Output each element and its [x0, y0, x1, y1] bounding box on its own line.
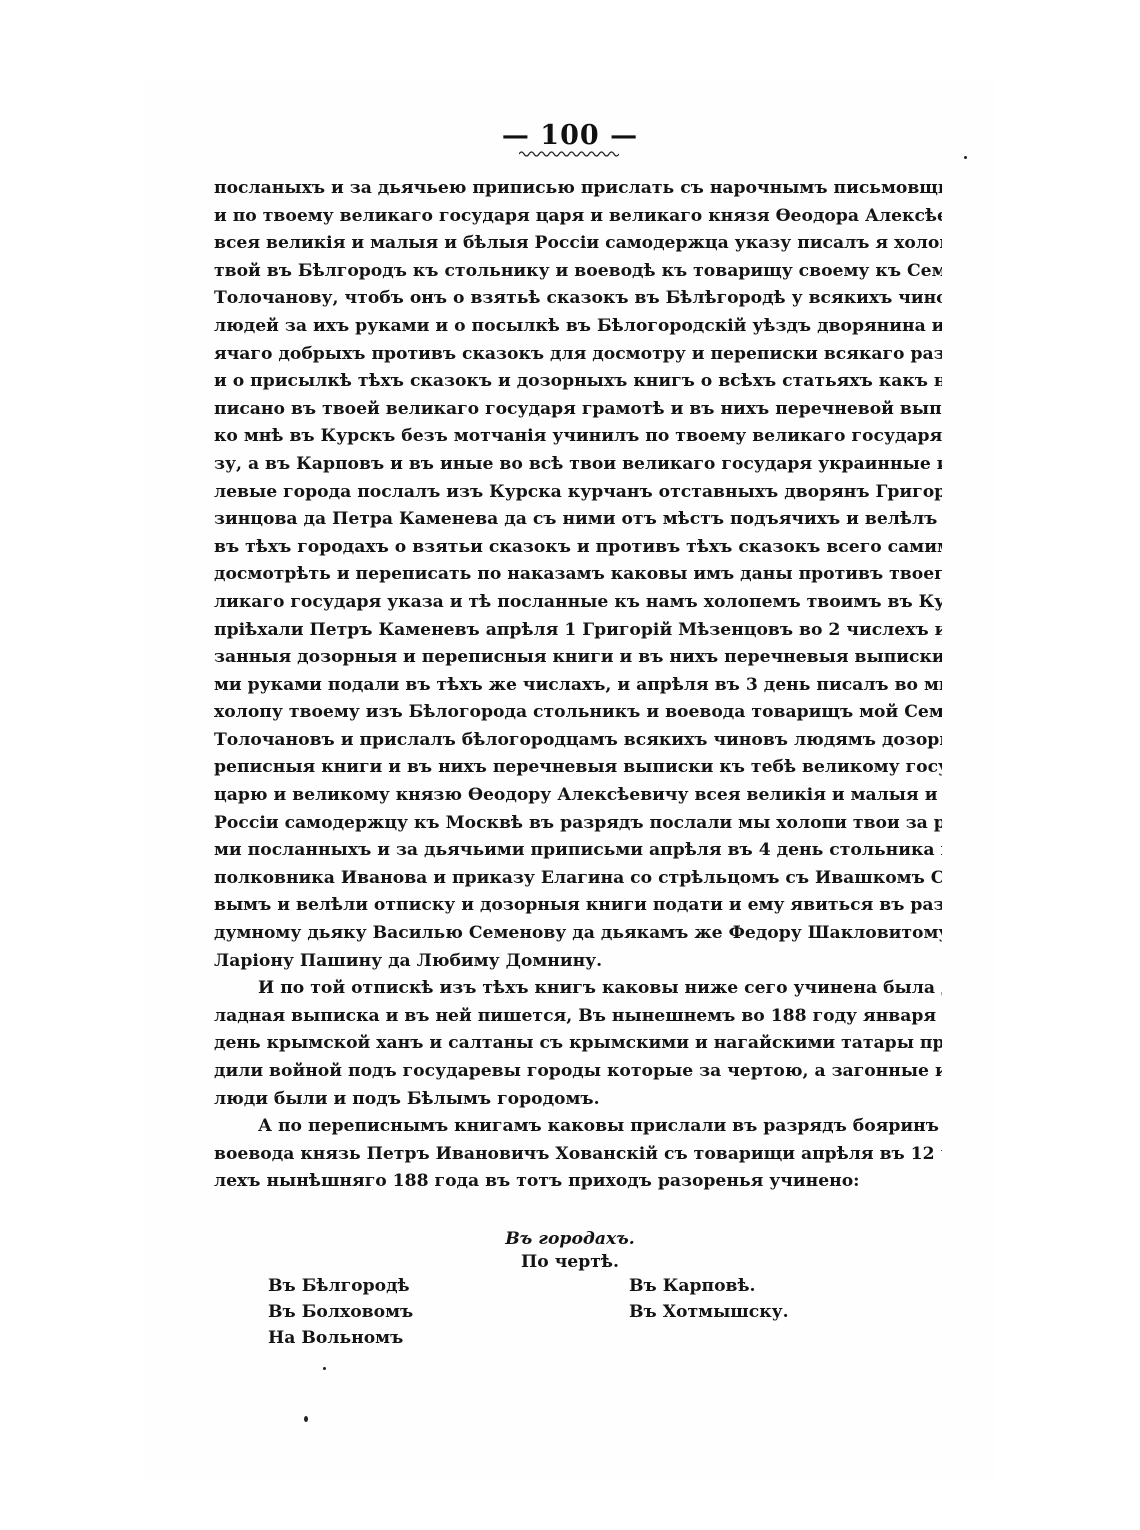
scan-speck	[964, 156, 967, 159]
text-line: досмотрѣть и переписать по наказамъ како…	[214, 561, 942, 589]
place-item: Въ Бѣлгородѣ	[268, 1273, 413, 1299]
text-line: и о присылкѣ тѣхъ сказокъ и дозорныхъ кн…	[214, 368, 942, 396]
text-line: А по переписнымъ книгамъ каковы прислали…	[214, 1113, 942, 1141]
text-line: реписныя книги и въ нихъ перечневыя выпи…	[214, 754, 942, 782]
main-text-block: посланыхъ и за дьячьею приписью прислать…	[214, 175, 942, 1196]
text-line: ячаго добрыхъ противъ сказокъ для досмот…	[214, 341, 942, 369]
text-line: Ларіону Пашину да Любиму Домнину.	[214, 948, 942, 976]
place-item: На Вольномъ	[268, 1325, 413, 1351]
text-line: полковника Иванова и приказу Елагина со …	[214, 865, 942, 893]
scan-speck	[304, 1416, 308, 1422]
text-line: занныя дозорныя и переписныя книги и въ …	[214, 644, 942, 672]
text-line: посланыхъ и за дьячьею приписью прислать…	[214, 175, 942, 203]
text-line: и по твоему великаго государя царя и вел…	[214, 203, 942, 231]
text-line: ми посланныхъ и за дьячьими приписьми ап…	[214, 837, 942, 865]
text-line: людей за ихъ руками и о посылкѣ въ Бѣлог…	[214, 313, 942, 341]
text-line: левые города послалъ изъ Курска курчанъ …	[214, 479, 942, 507]
paragraph-2: И по той отпискѣ изъ тѣхъ книгъ каковы н…	[214, 975, 942, 1113]
text-line: ко мнѣ въ Курскъ безъ мотчанія учинилъ п…	[214, 423, 942, 451]
subheading-italic: Въ городахъ.	[0, 1229, 1140, 1249]
text-line: пріѣхали Петръ Каменевъ апрѣля 1 Григорі…	[214, 617, 942, 645]
text-line: твой въ Бѣлгородъ къ стольнику и воеводѣ…	[214, 258, 942, 286]
text-line: зу, а въ Карповъ и въ иные во всѣ твои в…	[214, 451, 942, 479]
text-line: И по той отпискѣ изъ тѣхъ книгъ каковы н…	[214, 975, 942, 1003]
text-line: дили войной подъ государевы городы котор…	[214, 1058, 942, 1086]
text-line: думному дьяку Василью Семенову да дьякам…	[214, 920, 942, 948]
text-line: холопу твоему изъ Бѣлогорода стольникъ и…	[214, 699, 942, 727]
place-item: Въ Хотмышску.	[629, 1299, 789, 1325]
text-line: воевода князь Петръ Ивановичъ Хованскій …	[214, 1141, 942, 1169]
text-line: люди были и подъ Бѣлымъ городомъ.	[214, 1086, 942, 1114]
paragraph-1: посланыхъ и за дьячьею приписью прислать…	[214, 175, 942, 975]
decorative-squiggle-underline	[519, 150, 619, 158]
book-page: — 100 — посланыхъ и за дьячьею приписью …	[0, 0, 1140, 1530]
places-left-column: Въ Бѣлгородѣ Въ Болховомъ На Вольномъ	[268, 1273, 413, 1351]
scan-speck	[323, 1367, 326, 1370]
text-line: ладная выписка и въ ней пишется, Въ ныне…	[214, 1003, 942, 1031]
page-number: — 100 —	[0, 120, 1140, 151]
text-line: зинцова да Петра Каменева да съ ними отъ…	[214, 506, 942, 534]
place-item: Въ Болховомъ	[268, 1299, 413, 1325]
text-line: писано въ твоей великаго государя грамот…	[214, 396, 942, 424]
place-item: Въ Карповѣ.	[629, 1273, 789, 1299]
text-line: Толочанову, чтобъ онъ о взятьѣ сказокъ в…	[214, 285, 942, 313]
text-line: Россіи самодержцу къ Москвѣ въ разрядъ п…	[214, 810, 942, 838]
text-line: ми руками подали въ тѣхъ же числахъ, и а…	[214, 672, 942, 700]
text-line: вымъ и велѣли отписку и дозорныя книги п…	[214, 892, 942, 920]
text-line: въ тѣхъ городахъ о взятьи сказокъ и прот…	[214, 534, 942, 562]
text-line: день крымской ханъ и салтаны съ крымским…	[214, 1030, 942, 1058]
paragraph-3: А по переписнымъ книгамъ каковы прислали…	[214, 1113, 942, 1196]
page-number-text: — 100 —	[502, 120, 638, 151]
text-line: всея великія и малыя и бѣлыя Россіи само…	[214, 230, 942, 258]
text-line: Толочановъ и прислалъ бѣлогородцамъ всяк…	[214, 727, 942, 755]
text-line: ликаго государя указа и тѣ посланные къ …	[214, 589, 942, 617]
places-right-column: Въ Карповѣ. Въ Хотмышску.	[629, 1273, 789, 1325]
text-line: лехъ нынѣшняго 188 года въ тотъ приходъ …	[214, 1168, 942, 1196]
subheading: По чертѣ.	[0, 1252, 1140, 1272]
text-line: царю и великому князю Ѳеодору Алексѣевич…	[214, 782, 942, 810]
